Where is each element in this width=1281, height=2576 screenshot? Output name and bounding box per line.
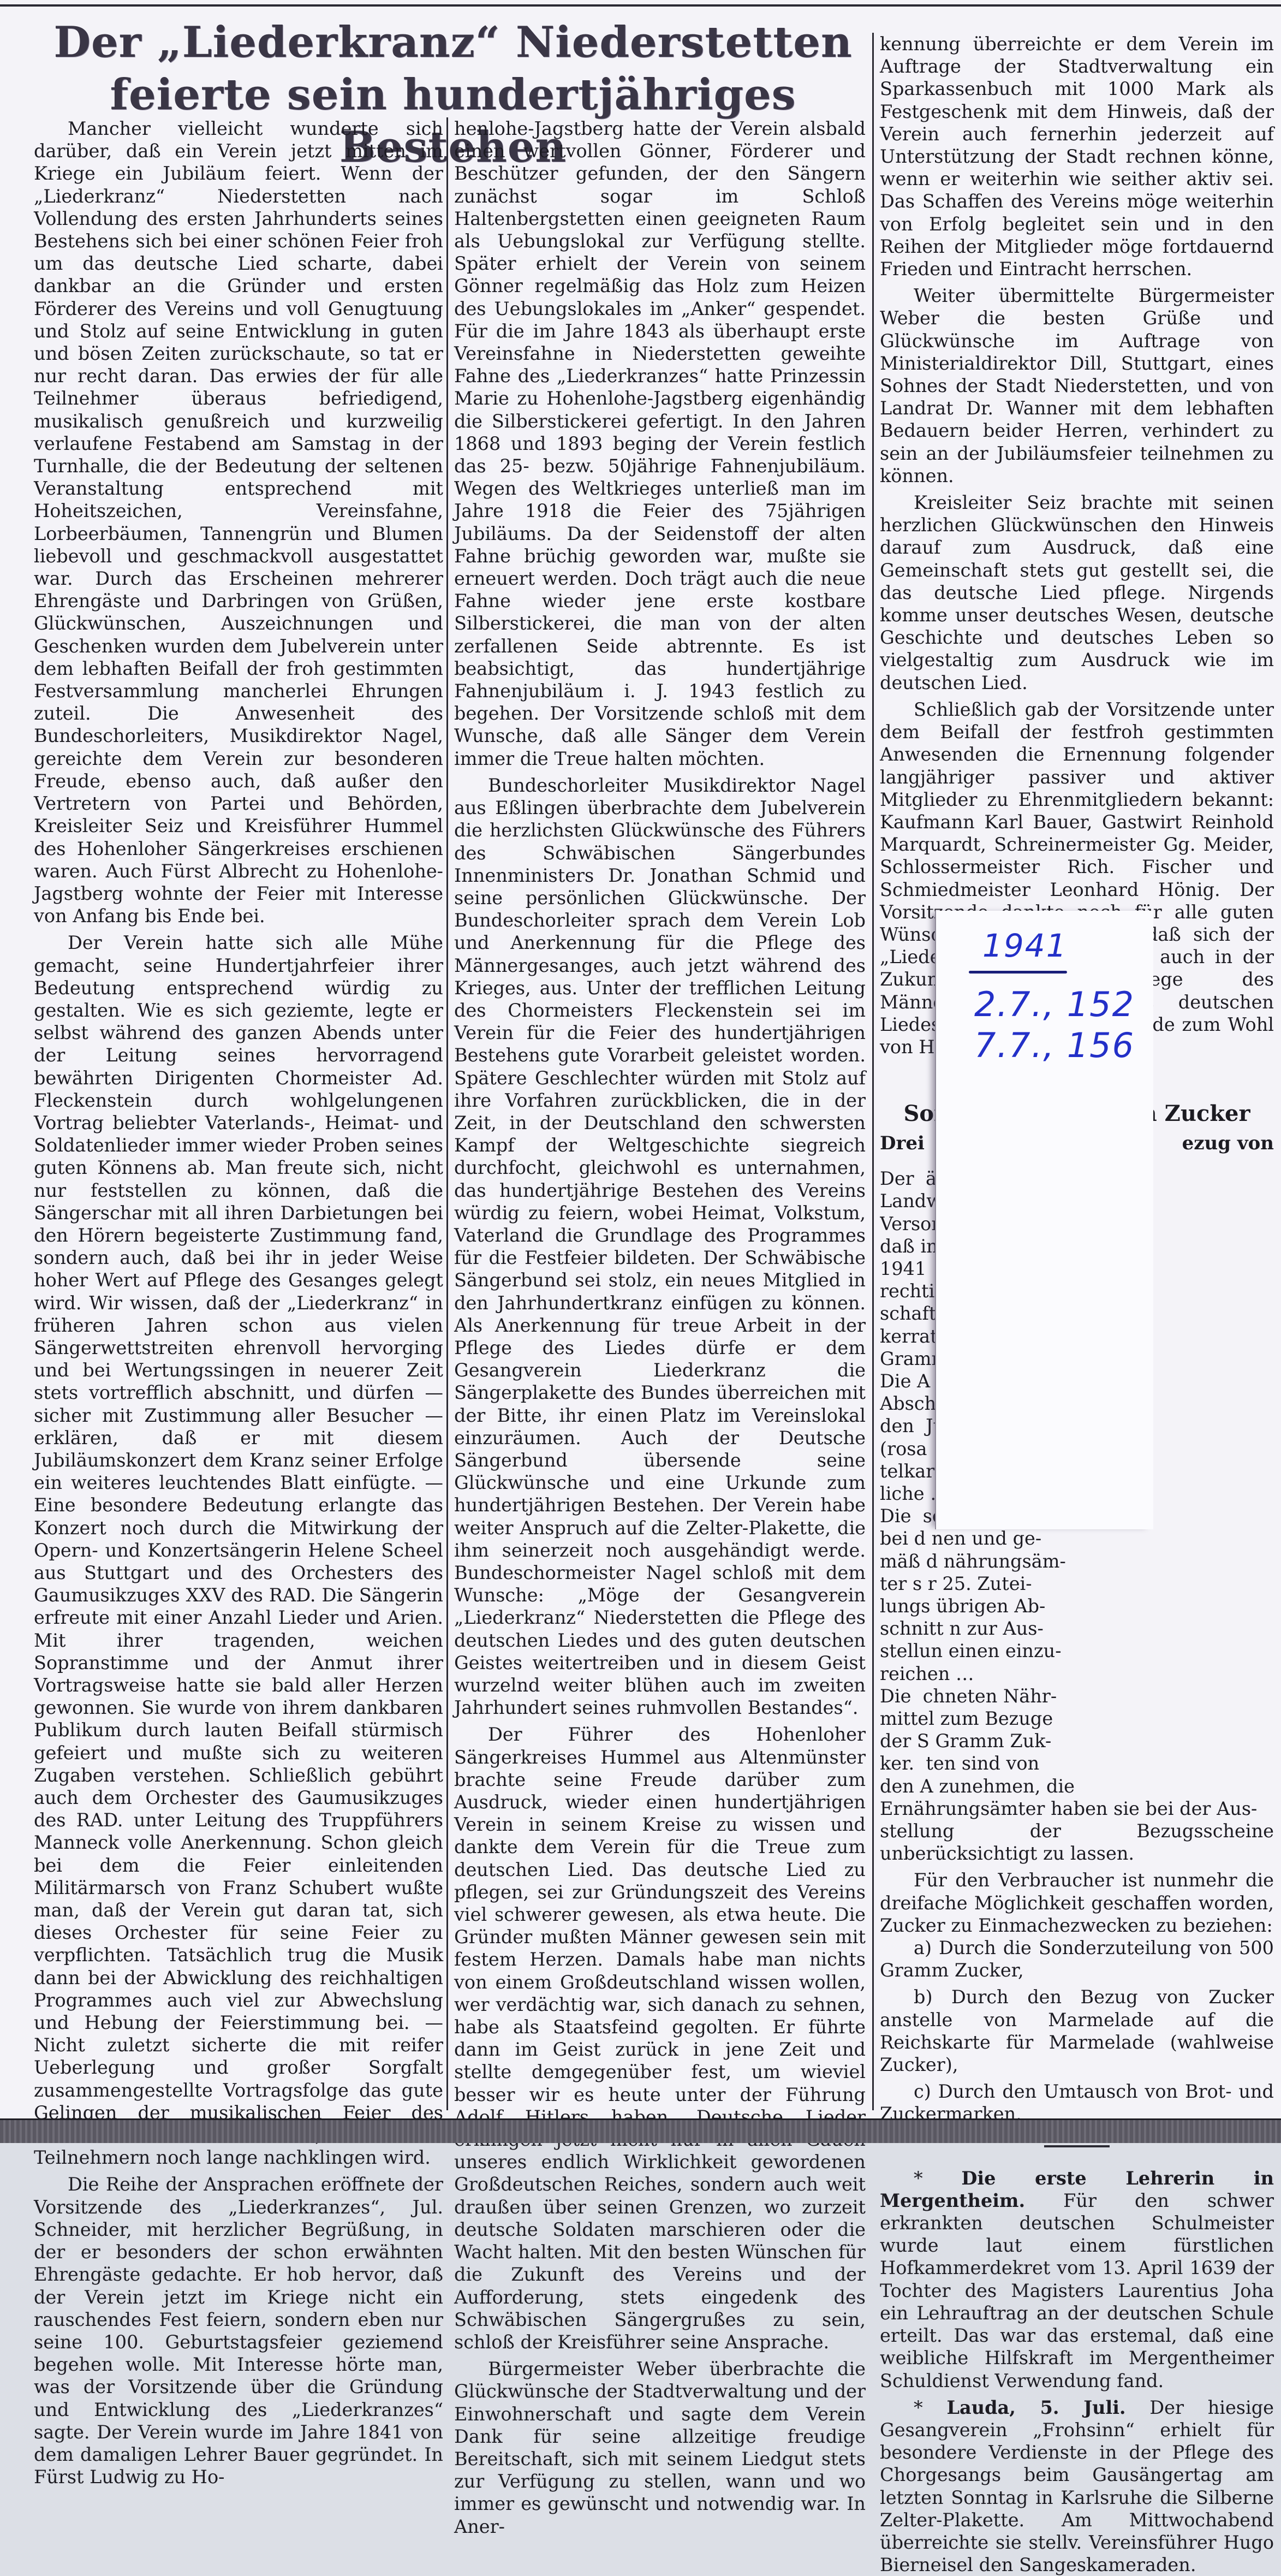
article-paragraph: Der Verein hatte sich alle Mühe gemacht,…: [34, 931, 443, 2141]
article-paragraph: Mancher vielleicht wunderte sich darüber…: [34, 117, 443, 927]
article-column-2: henlohe-Jagstberg hatte der Verein alsba…: [454, 117, 866, 2141]
sugar-options-list: a) Durch die Sonderzuteilung von 500 Gra…: [880, 1937, 1274, 2126]
sugar-notice-fragment: mittel zum Bezuge: [880, 1707, 1274, 1730]
column-divider: [872, 33, 874, 2110]
article-column-1: Mancher vielleicht wunderte sich darüber…: [34, 117, 443, 2141]
article-paragraph-continued: kennung überreichte er dem Verein im Auf…: [880, 33, 1274, 280]
note-entry: 2.7., 152: [974, 984, 1135, 1024]
top-border-rule: [0, 4, 1281, 7]
sugar-notice-continuation: stellung der Bezugsscheine unberücksicht…: [880, 1820, 1274, 1865]
sugar-notice-fragment: der S Gramm Zuk-: [880, 1730, 1274, 1752]
article-paragraph: Der Führer des Hohenloher Sängerkreises …: [454, 1723, 866, 2141]
newspaper-clipping: Der „Liederkranz“ Niederstetten feierte …: [0, 0, 1281, 2118]
sugar-notice-fragment: bei d nen und ge-: [880, 1527, 1274, 1550]
sugar-notice-fragment: Die chneten Nähr-: [880, 1685, 1274, 1707]
sugar-option: a) Durch die Sonderzuteilung von 500 Gra…: [880, 1937, 1274, 1981]
note-entry: 7.7., 156: [974, 1025, 1135, 1065]
sugar-notice-consumer-intro: Für den Verbraucher ist nunmehr die drei…: [880, 1869, 1274, 1937]
article-paragraph-continued: henlohe-Jagstberg hatte der Verein alsba…: [454, 117, 866, 770]
note-year: 1941: [982, 927, 1068, 964]
sugar-notice-fragment: ker. ten sind von: [880, 1752, 1274, 1774]
article-paragraph: Bundeschorleiter Musikdirektor Nagel aus…: [454, 774, 866, 1719]
column-divider: [446, 117, 448, 2110]
sugar-notice-fragment: den A zunehmen, die: [880, 1775, 1274, 1797]
sugar-option: b) Durch den Bezug von Zucker anstelle v…: [880, 1986, 1274, 2076]
sugar-notice-fragment: lungs übrigen Ab-: [880, 1595, 1274, 1617]
sugar-notice-fragment: schnitt n zur Aus-: [880, 1617, 1274, 1640]
article-paragraph: Kreisleiter Seiz brachte mit seinen herz…: [880, 491, 1274, 694]
sugar-notice-fragment: reichen …: [880, 1663, 1274, 1685]
article-paragraph: Weiter übermittelte Bürgermeister Weber …: [880, 284, 1274, 487]
headline-line-1: Der „Liederkranz“ Niederstetten: [33, 16, 873, 69]
sugar-notice-fragment: mäß d nährungsäm-: [880, 1550, 1274, 1572]
note-underline: [969, 971, 1067, 974]
sugar-notice-fragment: stellun einen einzu-: [880, 1640, 1274, 1662]
sugar-notice-fragment: ter s r 25. Zutei-: [880, 1572, 1274, 1595]
handwritten-sticky-note[interactable]: 1941 2.7., 152 7.7., 156: [935, 911, 1153, 1529]
sugar-notice-fragment: Ernährungsämter haben sie bei der Aus-: [880, 1797, 1274, 1820]
bottom-edge-band: [0, 2118, 1281, 2141]
